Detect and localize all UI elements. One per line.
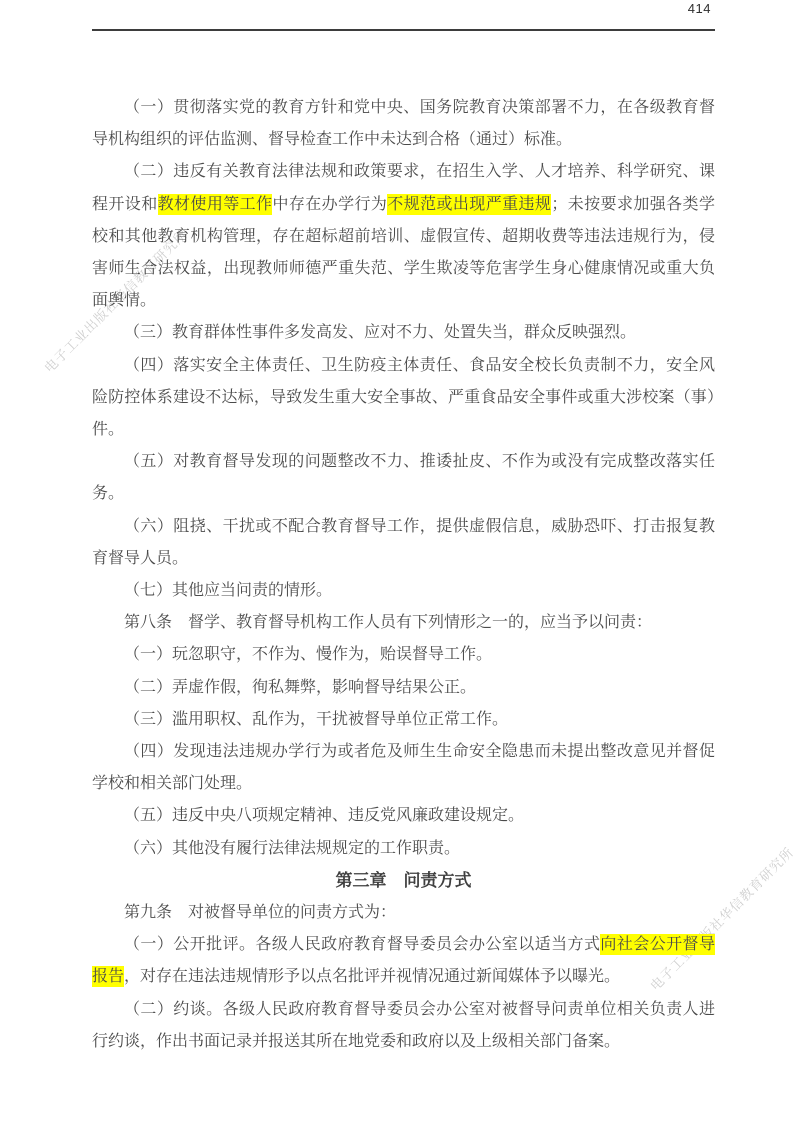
body-text: 第九条 对被督导单位的问责方式为： [124, 904, 396, 921]
highlighted-text: 不规范或出现严重违规 [387, 194, 551, 215]
paragraph: （二）弄虚作假，徇私舞弊，影响督导结果公正。 [92, 672, 715, 704]
paragraph: （三）滥用职权、乱作为，干扰被督导单位正常工作。 [92, 704, 715, 736]
body-text: （四）落实安全主体责任、卫生防疫主体责任、食品安全校长负责制不力，安全风险防控体… [92, 357, 715, 438]
paragraph: （七）其他应当问责的情形。 [92, 575, 715, 607]
paragraph: （一）公开批评。各级人民政府教育督导委员会办公室以适当方式向社会公开督导报告，对… [92, 929, 715, 993]
document-content: （一）贯彻落实党的教育方针和党中央、国务院教育决策部署不力，在各级教育督导机构组… [92, 92, 715, 1058]
paragraph: （五）违反中央八项规定精神、违反党风廉政建设规定。 [92, 800, 715, 832]
paragraph: 第八条 督学、教育督导机构工作人员有下列情形之一的，应当予以问责： [92, 607, 715, 639]
paragraph: 第九条 对被督导单位的问责方式为： [92, 897, 715, 929]
body-text: ，对存在违法违规情形予以点名批评并视情况通过新闻媒体予以曝光。 [124, 968, 620, 985]
paragraph: （五）对教育督导发现的问题整改不力、推诿扯皮、不作为或没有完成整改落实任务。 [92, 446, 715, 510]
body-text: （一）玩忽职守，不作为、慢作为，贻误督导工作。 [124, 646, 492, 663]
body-text: （五）违反中央八项规定精神、违反党风廉政建设规定。 [124, 807, 524, 824]
paragraph: （六）阻挠、干扰或不配合教育督导工作，提供虚假信息，威胁恐吓、打击报复教育督导人… [92, 511, 715, 575]
page-number: 414 [688, 1, 711, 16]
paragraph: （二）违反有关教育法律法规和政策要求，在招生入学、人才培养、科学研究、课程开设和… [92, 156, 715, 317]
chapter-heading: 第三章 问责方式 [92, 865, 715, 897]
paragraph: （一）贯彻落实党的教育方针和党中央、国务院教育决策部署不力，在各级教育督导机构组… [92, 92, 715, 156]
header-rule [92, 29, 715, 31]
highlighted-text: 教材使用等工作 [158, 194, 273, 215]
body-text: （二）约谈。各级人民政府教育督导委员会办公室对被督导问责单位相关负责人进行约谈，… [92, 1001, 715, 1050]
paragraph: （四）落实安全主体责任、卫生防疫主体责任、食品安全校长负责制不力，安全风险防控体… [92, 350, 715, 447]
body-text: 中存在办学行为 [272, 196, 387, 213]
body-text: （一）公开批评。各级人民政府教育督导委员会办公室以适当方式 [124, 936, 600, 953]
paragraph: （一）玩忽职守，不作为、慢作为，贻误督导工作。 [92, 639, 715, 671]
body-text: （五）对教育督导发现的问题整改不力、推诿扯皮、不作为或没有完成整改落实任务。 [92, 453, 715, 502]
body-text: （二）弄虚作假，徇私舞弊，影响督导结果公正。 [124, 679, 476, 696]
paragraph: （四）发现违法违规办学行为或者危及师生生命安全隐患而未提出整改意见并督促学校和相… [92, 736, 715, 800]
body-text: （一）贯彻落实党的教育方针和党中央、国务院教育决策部署不力，在各级教育督导机构组… [92, 99, 715, 148]
body-text: 第八条 督学、教育督导机构工作人员有下列情形之一的，应当予以问责： [124, 614, 652, 631]
paragraph: （三）教育群体性事件多发高发、应对不力、处置失当，群众反映强烈。 [92, 317, 715, 349]
body-text: （三）教育群体性事件多发高发、应对不力、处置失当，群众反映强烈。 [124, 324, 636, 341]
body-text: （六）其他没有履行法律法规规定的工作职责。 [124, 840, 460, 857]
body-text: （六）阻挠、干扰或不配合教育督导工作，提供虚假信息，威胁恐吓、打击报复教育督导人… [92, 518, 715, 567]
body-text: （七）其他应当问责的情形。 [124, 582, 332, 599]
body-text: （四）发现违法违规办学行为或者危及师生生命安全隐患而未提出整改意见并督促学校和相… [92, 743, 715, 792]
paragraph: （二）约谈。各级人民政府教育督导委员会办公室对被督导问责单位相关负责人进行约谈，… [92, 994, 715, 1058]
paragraph: （六）其他没有履行法律法规规定的工作职责。 [92, 833, 715, 865]
body-text: （三）滥用职权、乱作为，干扰被督导单位正常工作。 [124, 711, 508, 728]
